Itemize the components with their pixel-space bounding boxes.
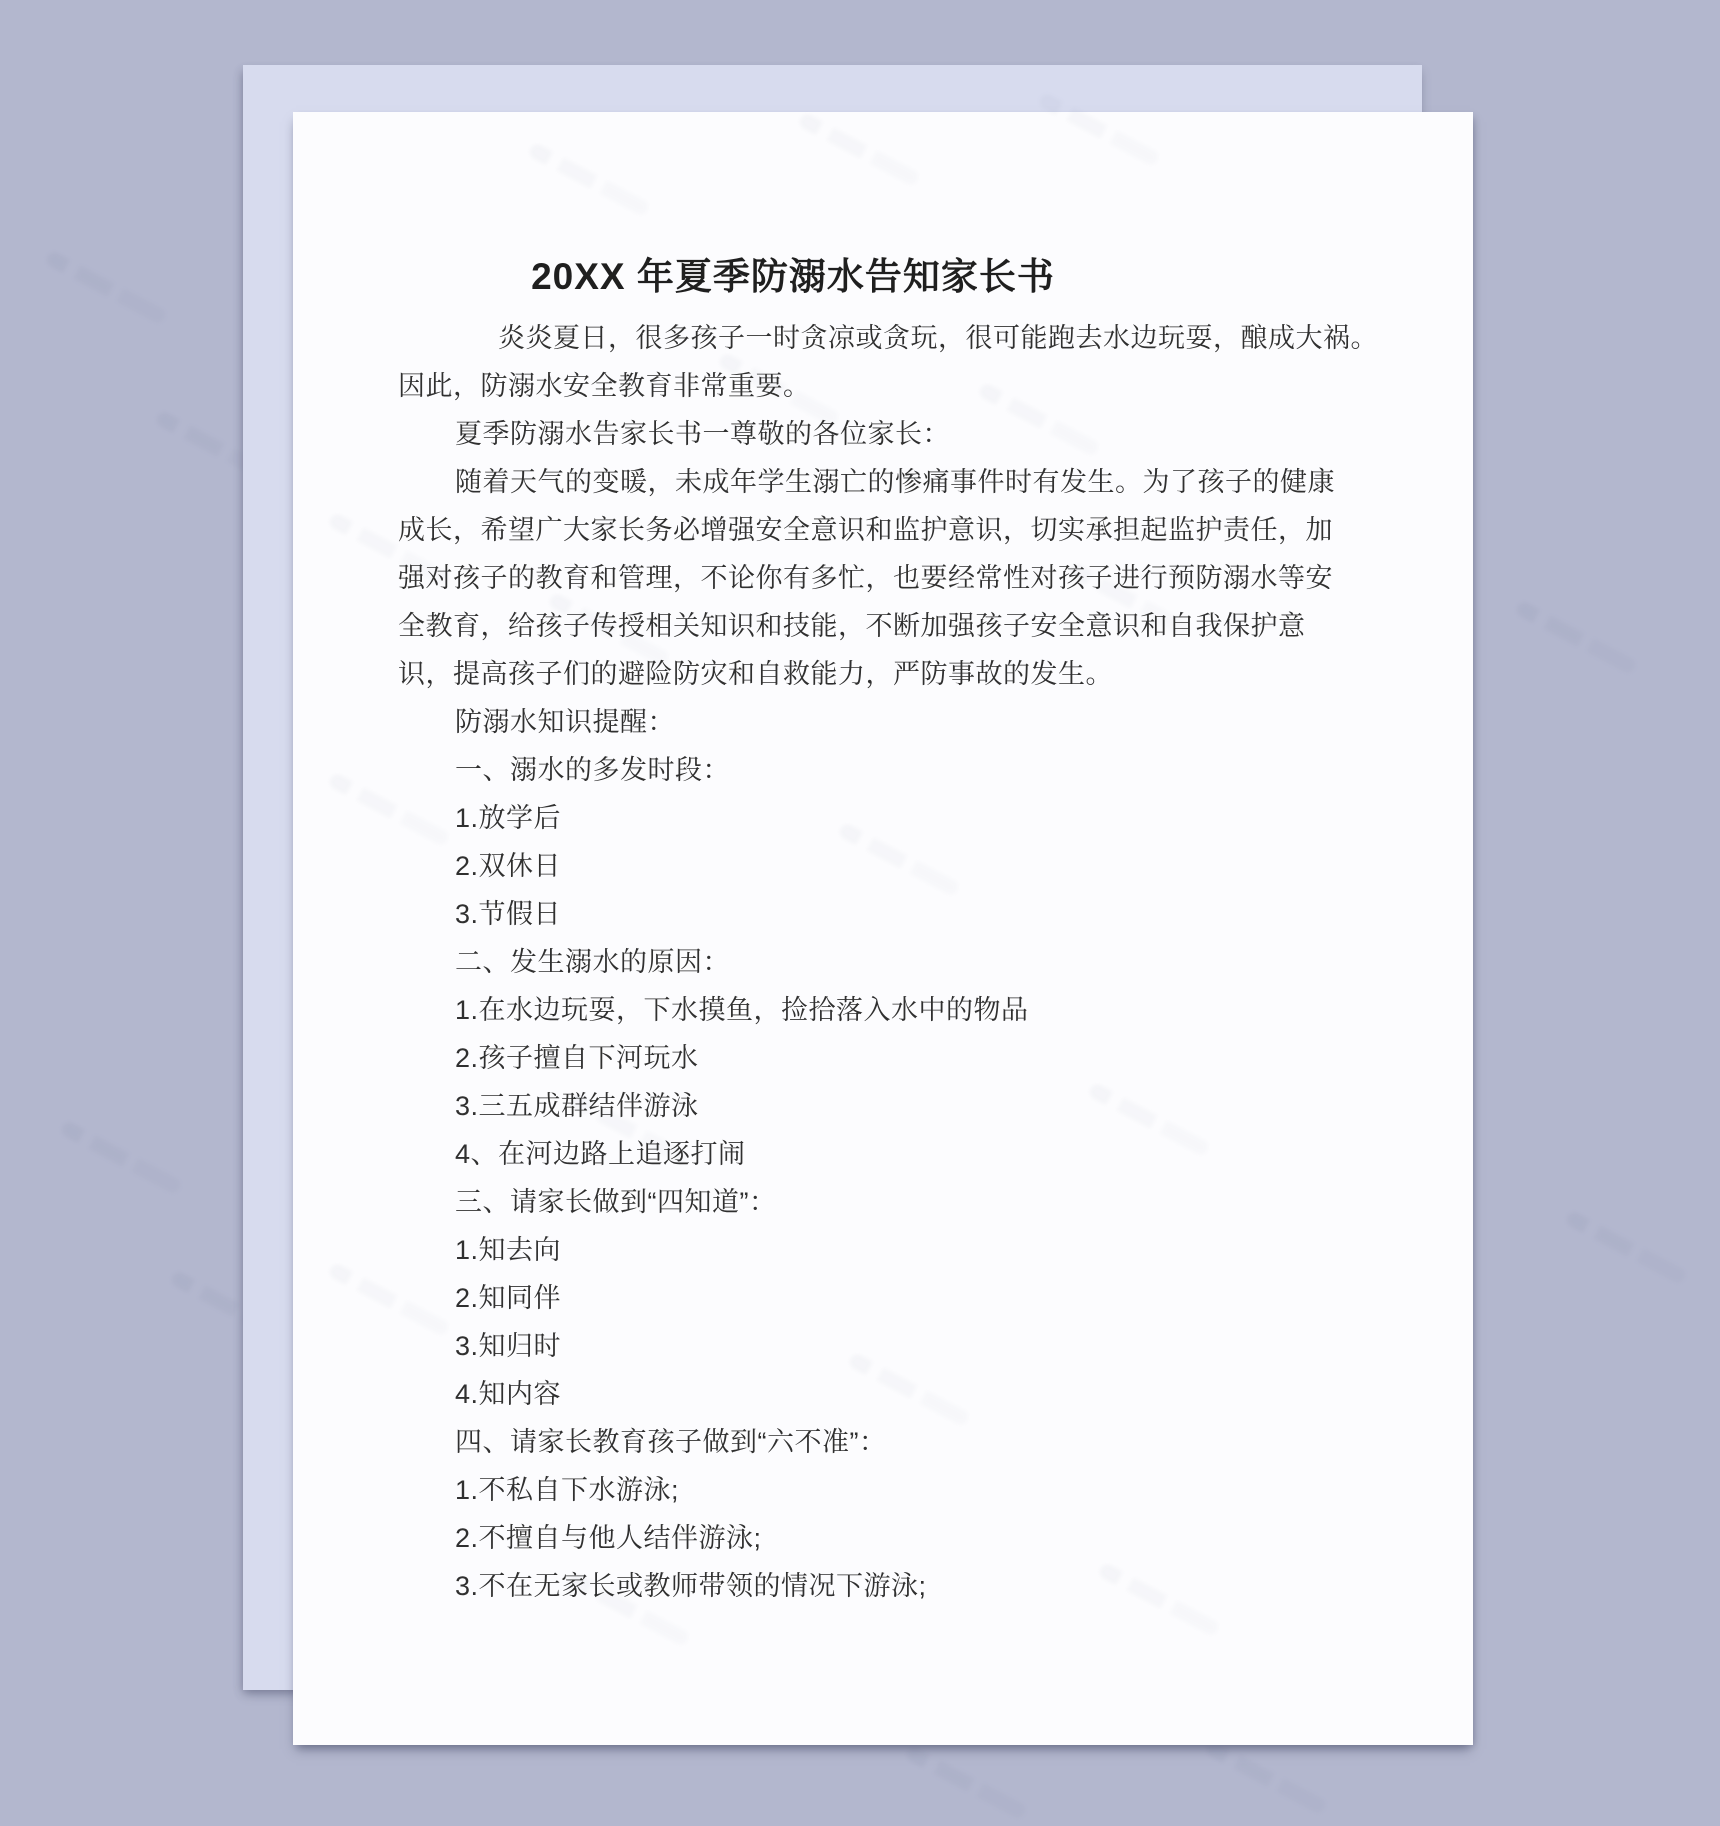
watermark-smudge bbox=[904, 1745, 1028, 1820]
document-title: 20XX 年夏季防溺水告知家长书 bbox=[293, 255, 1293, 299]
document-line: 强对孩子的教育和管理，不论你有多忙，也要经常性对孩子进行预防溺水等安 bbox=[398, 554, 1328, 602]
document-line: 三、请家长做到“四知道”： bbox=[398, 1178, 1328, 1226]
document-line: 1.知去向 bbox=[398, 1226, 1328, 1274]
watermark-smudge bbox=[1514, 600, 1638, 675]
document-line: 3.不在无家长或教师带领的情况下游泳; bbox=[398, 1562, 1328, 1610]
document-line: 夏季防溺水告家长书一尊敬的各位家长： bbox=[398, 410, 1328, 458]
document-line: 2.双休日 bbox=[398, 842, 1328, 890]
document-line: 二、发生溺水的原因： bbox=[398, 938, 1328, 986]
document-line: 2.知同伴 bbox=[398, 1274, 1328, 1322]
document-line: 炎炎夏日，很多孩子一时贪凉或贪玩，很可能跑去水边玩耍，酿成大祸。 bbox=[398, 314, 1328, 362]
document-body: 炎炎夏日，很多孩子一时贪凉或贪玩，很可能跑去水边玩耍，酿成大祸。因此，防溺水安全… bbox=[398, 314, 1328, 1610]
document-line: 3.知归时 bbox=[398, 1322, 1328, 1370]
desktop-background: 20XX 年夏季防溺水告知家长书 炎炎夏日，很多孩子一时贪凉或贪玩，很可能跑去水… bbox=[0, 0, 1720, 1826]
watermark-smudge bbox=[44, 250, 168, 325]
document-page: 20XX 年夏季防溺水告知家长书 炎炎夏日，很多孩子一时贪凉或贪玩，很可能跑去水… bbox=[293, 112, 1473, 1745]
watermark-smudge bbox=[1204, 1740, 1328, 1815]
document-line: 3.三五成群结伴游泳 bbox=[398, 1082, 1328, 1130]
watermark-smudge bbox=[527, 142, 651, 217]
document-line: 3.节假日 bbox=[398, 890, 1328, 938]
document-line: 成长，希望广大家长务必增强安全意识和监护意识，切实承担起监护责任，加 bbox=[398, 506, 1328, 554]
document-line: 2.不擅自与他人结伴游泳; bbox=[398, 1514, 1328, 1562]
watermark-smudge bbox=[59, 1120, 183, 1195]
document-line: 一、溺水的多发时段： bbox=[398, 746, 1328, 794]
document-line: 全教育，给孩子传授相关知识和技能，不断加强孩子安全意识和自我保护意 bbox=[398, 602, 1328, 650]
document-line: 随着天气的变暖，未成年学生溺亡的惨痛事件时有发生。为了孩子的健康 bbox=[398, 458, 1328, 506]
document-line: 防溺水知识提醒： bbox=[398, 698, 1328, 746]
document-line: 四、请家长教育孩子做到“六不准”： bbox=[398, 1418, 1328, 1466]
document-line: 1.不私自下水游泳; bbox=[398, 1466, 1328, 1514]
document-line: 4.知内容 bbox=[398, 1370, 1328, 1418]
document-line: 1.在水边玩耍，下水摸鱼，捡拾落入水中的物品 bbox=[398, 986, 1328, 1034]
document-line: 2.孩子擅自下河玩水 bbox=[398, 1034, 1328, 1082]
document-line: 识，提高孩子们的避险防灾和自救能力，严防事故的发生。 bbox=[398, 650, 1328, 698]
watermark-smudge bbox=[1564, 1210, 1688, 1285]
document-line: 4、在河边路上追逐打闹 bbox=[398, 1130, 1328, 1178]
watermark-smudge bbox=[797, 112, 921, 187]
document-line: 因此，防溺水安全教育非常重要。 bbox=[398, 362, 1328, 410]
document-line: 1.放学后 bbox=[398, 794, 1328, 842]
